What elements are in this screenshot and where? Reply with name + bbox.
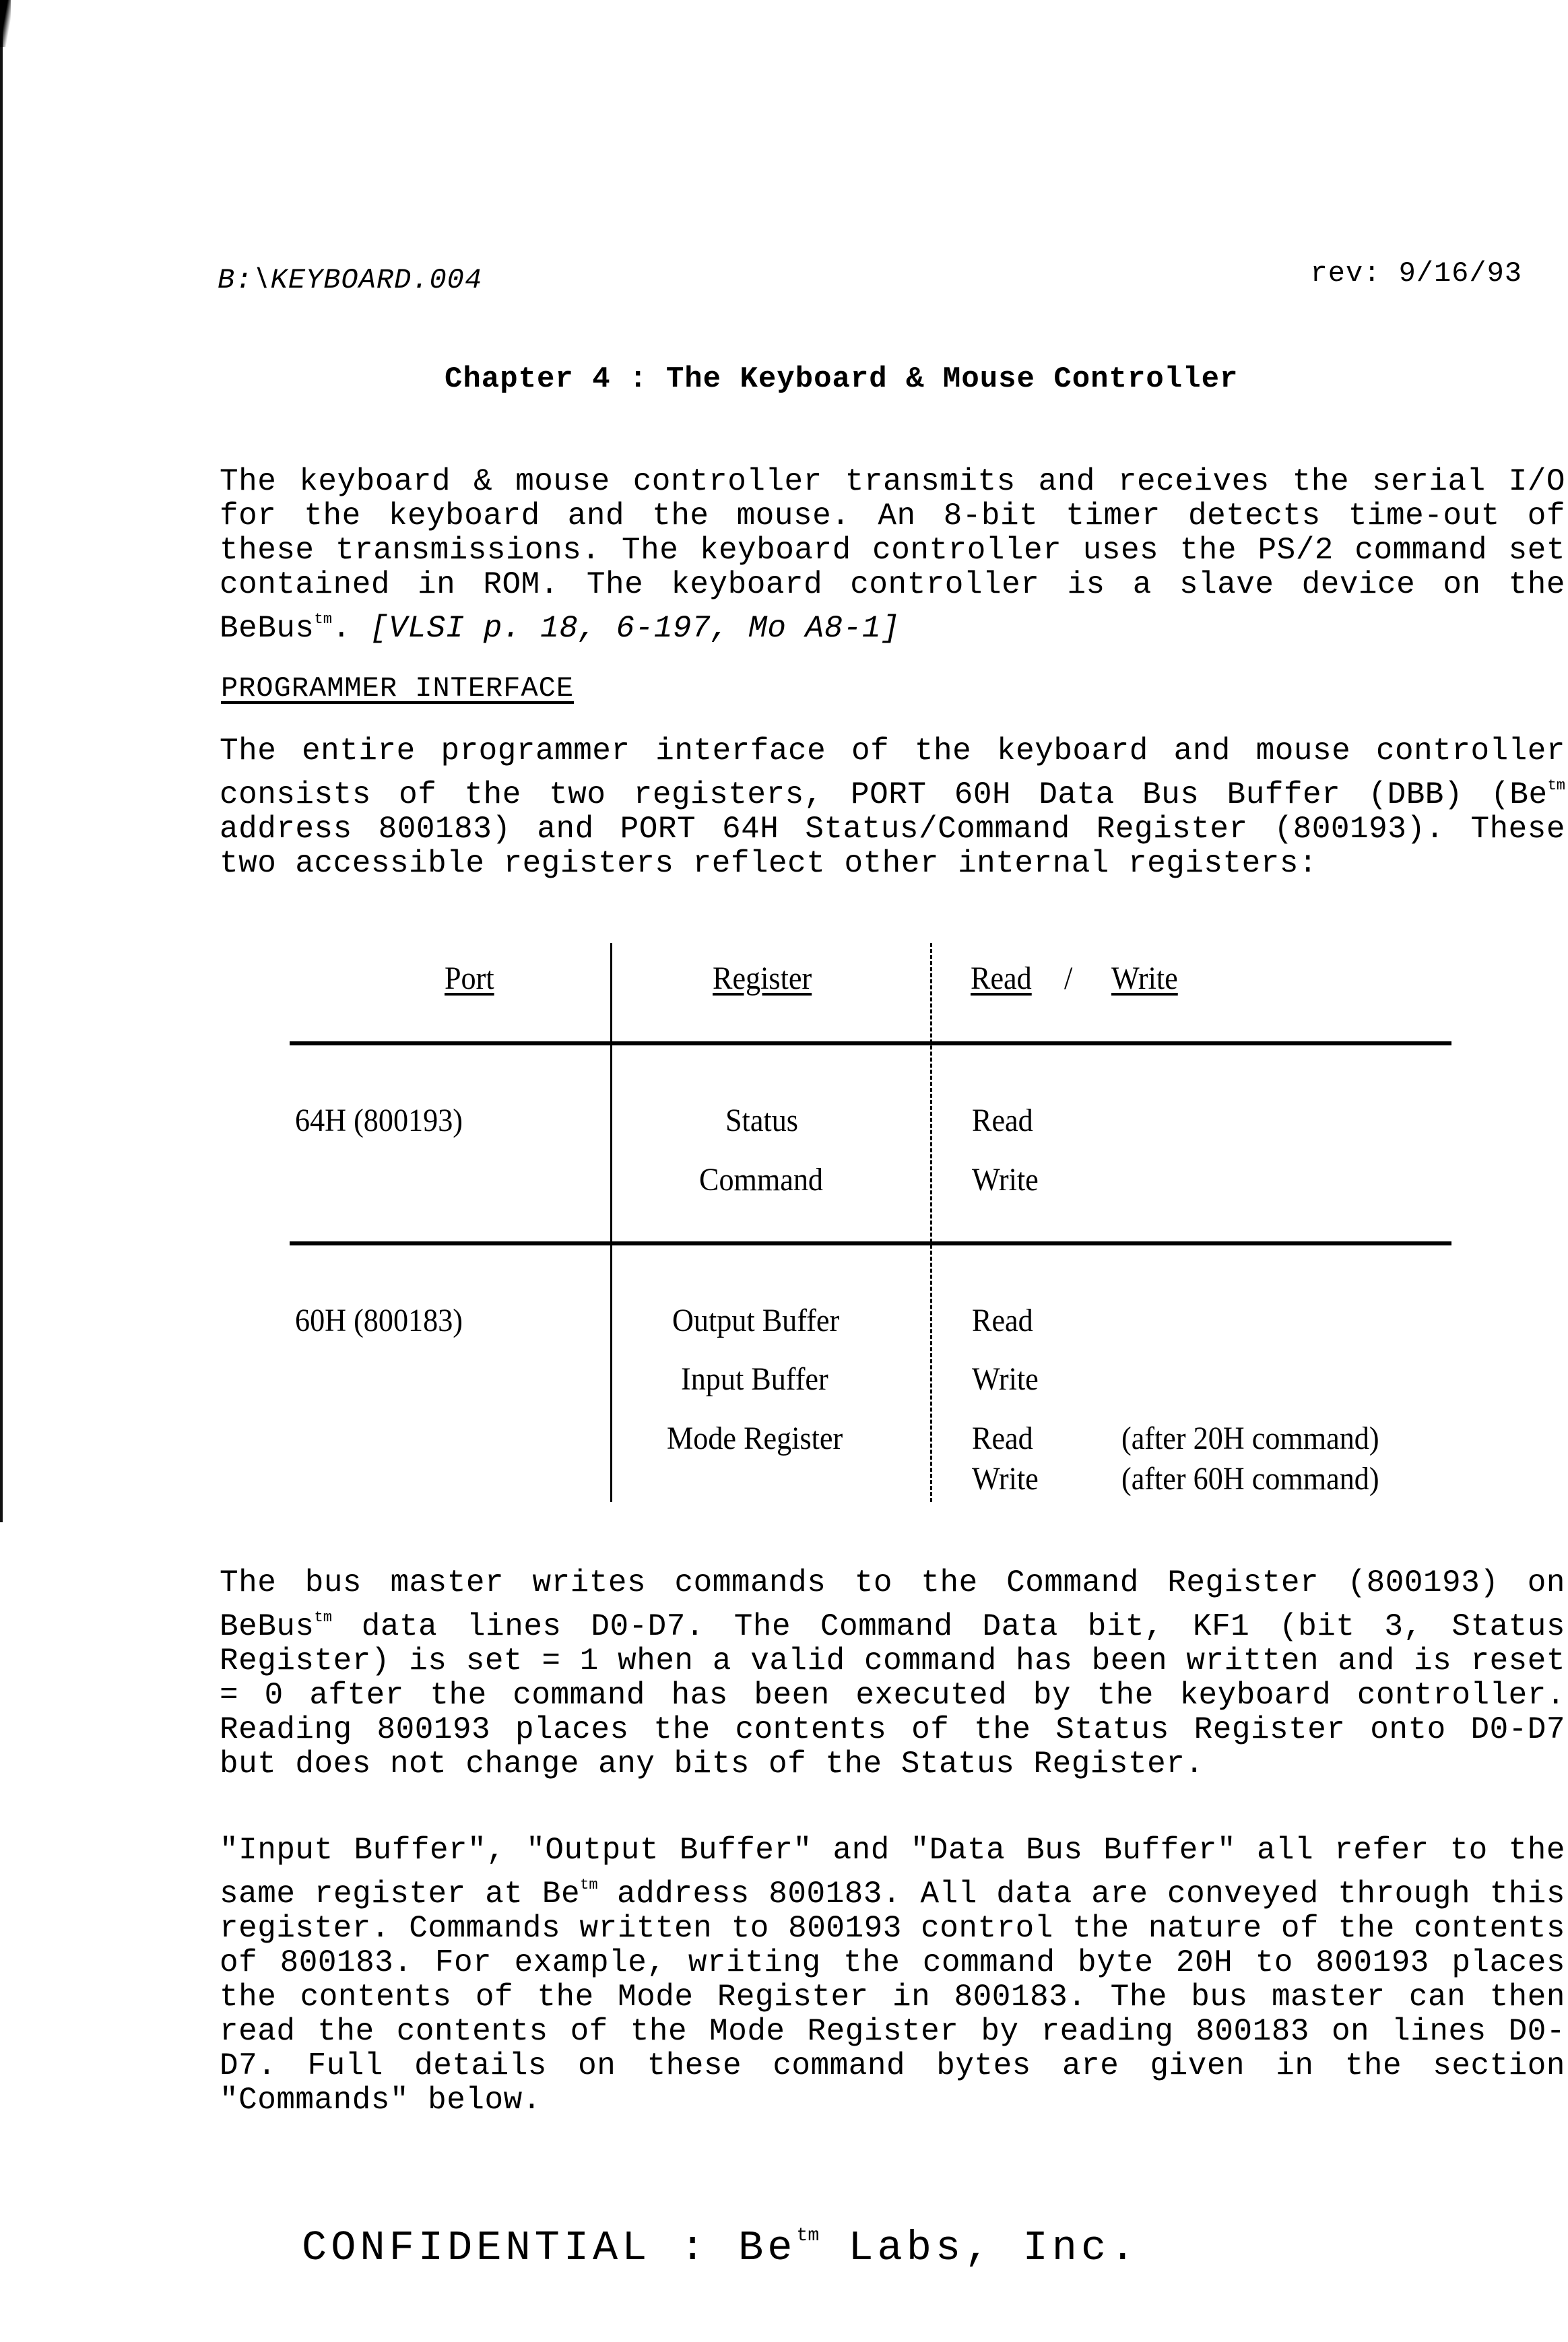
trademark-mark: tm <box>1548 777 1565 794</box>
column-header-slash: / <box>1064 960 1072 998</box>
buffer-text-part2: address 800183. All data are conveyed th… <box>220 1877 1565 2118</box>
table-cell-register: Mode Register <box>667 1420 843 1458</box>
table-cell-access: Write <box>972 1361 1039 1398</box>
table-group-rule <box>290 1241 1451 1245</box>
table-cell-access: Read <box>972 1302 1033 1340</box>
footer-text-part1: CONFIDENTIAL : Be <box>302 2224 797 2272</box>
trademark-mark: tm <box>797 2225 820 2246</box>
table-cell-access: Read <box>972 1420 1033 1458</box>
revision-date: rev: 9/16/93 <box>1311 257 1522 290</box>
pi-text-part1: The entire programmer interface of the k… <box>220 734 1565 812</box>
file-name: B:\KEYBOARD.004 <box>218 264 482 296</box>
confidential-footer: CONFIDENTIAL : Betm Labs, Inc. <box>302 2224 1139 2272</box>
scan-edge-artifact <box>0 0 3 1522</box>
chapter-title: Chapter 4 : The Keyboard & Mouse Control… <box>445 362 1238 396</box>
table-cell-note: (after 60H command) <box>1121 1460 1379 1498</box>
table-column-divider-dashed <box>930 943 932 1502</box>
pi-text-part2: address 800183) and PORT 64H Status/Comm… <box>220 812 1565 881</box>
table-cell-register: Command <box>699 1161 823 1199</box>
table-cell-access: Read <box>972 1102 1033 1140</box>
trademark-mark: tm <box>580 1877 597 1893</box>
table-cell-port: 60H (800183) <box>295 1302 463 1340</box>
intro-paragraph: The keyboard & mouse controller transmit… <box>220 465 1565 646</box>
scan-corner-artifact <box>0 0 11 47</box>
bus-master-paragraph: The bus master writes commands to the Co… <box>220 1566 1565 1782</box>
table-column-divider-solid <box>610 943 612 1502</box>
table-cell-register: Status <box>725 1102 798 1140</box>
bus-master-text-part2: data lines D0-D7. The Command Data bit, … <box>220 1609 1565 1782</box>
table-cell-access: Write <box>972 1161 1039 1199</box>
table-cell-note: (after 20H command) <box>1121 1420 1379 1458</box>
table-header-rule <box>290 1041 1451 1045</box>
citation: [VLSI p. 18, 6-197, Mo A8-1] <box>370 611 900 646</box>
column-header-port: Port <box>445 960 494 998</box>
table-cell-access: Write <box>972 1460 1039 1498</box>
table-cell-register: Input Buffer <box>681 1361 828 1398</box>
document-page: B:\KEYBOARD.004 rev: 9/16/93 Chapter 4 :… <box>0 0 1568 2342</box>
buffer-paragraph: "Input Buffer", "Output Buffer" and "Dat… <box>220 1833 1565 2118</box>
column-header-register: Register <box>713 960 812 998</box>
column-header-write: Write <box>1111 960 1178 998</box>
trademark-mark: tm <box>315 611 332 628</box>
footer-text-part2: Labs, Inc. <box>819 2224 1139 2272</box>
programmer-interface-paragraph: The entire programmer interface of the k… <box>220 734 1565 881</box>
section-heading-programmer-interface: PROGRAMMER INTERFACE <box>221 672 574 705</box>
table-cell-register: Output Buffer <box>672 1302 839 1340</box>
intro-after-tm: . <box>332 611 370 646</box>
table-cell-port: 64H (800193) <box>295 1102 463 1140</box>
column-header-read: Read <box>971 960 1032 998</box>
trademark-mark: tm <box>315 1609 332 1626</box>
